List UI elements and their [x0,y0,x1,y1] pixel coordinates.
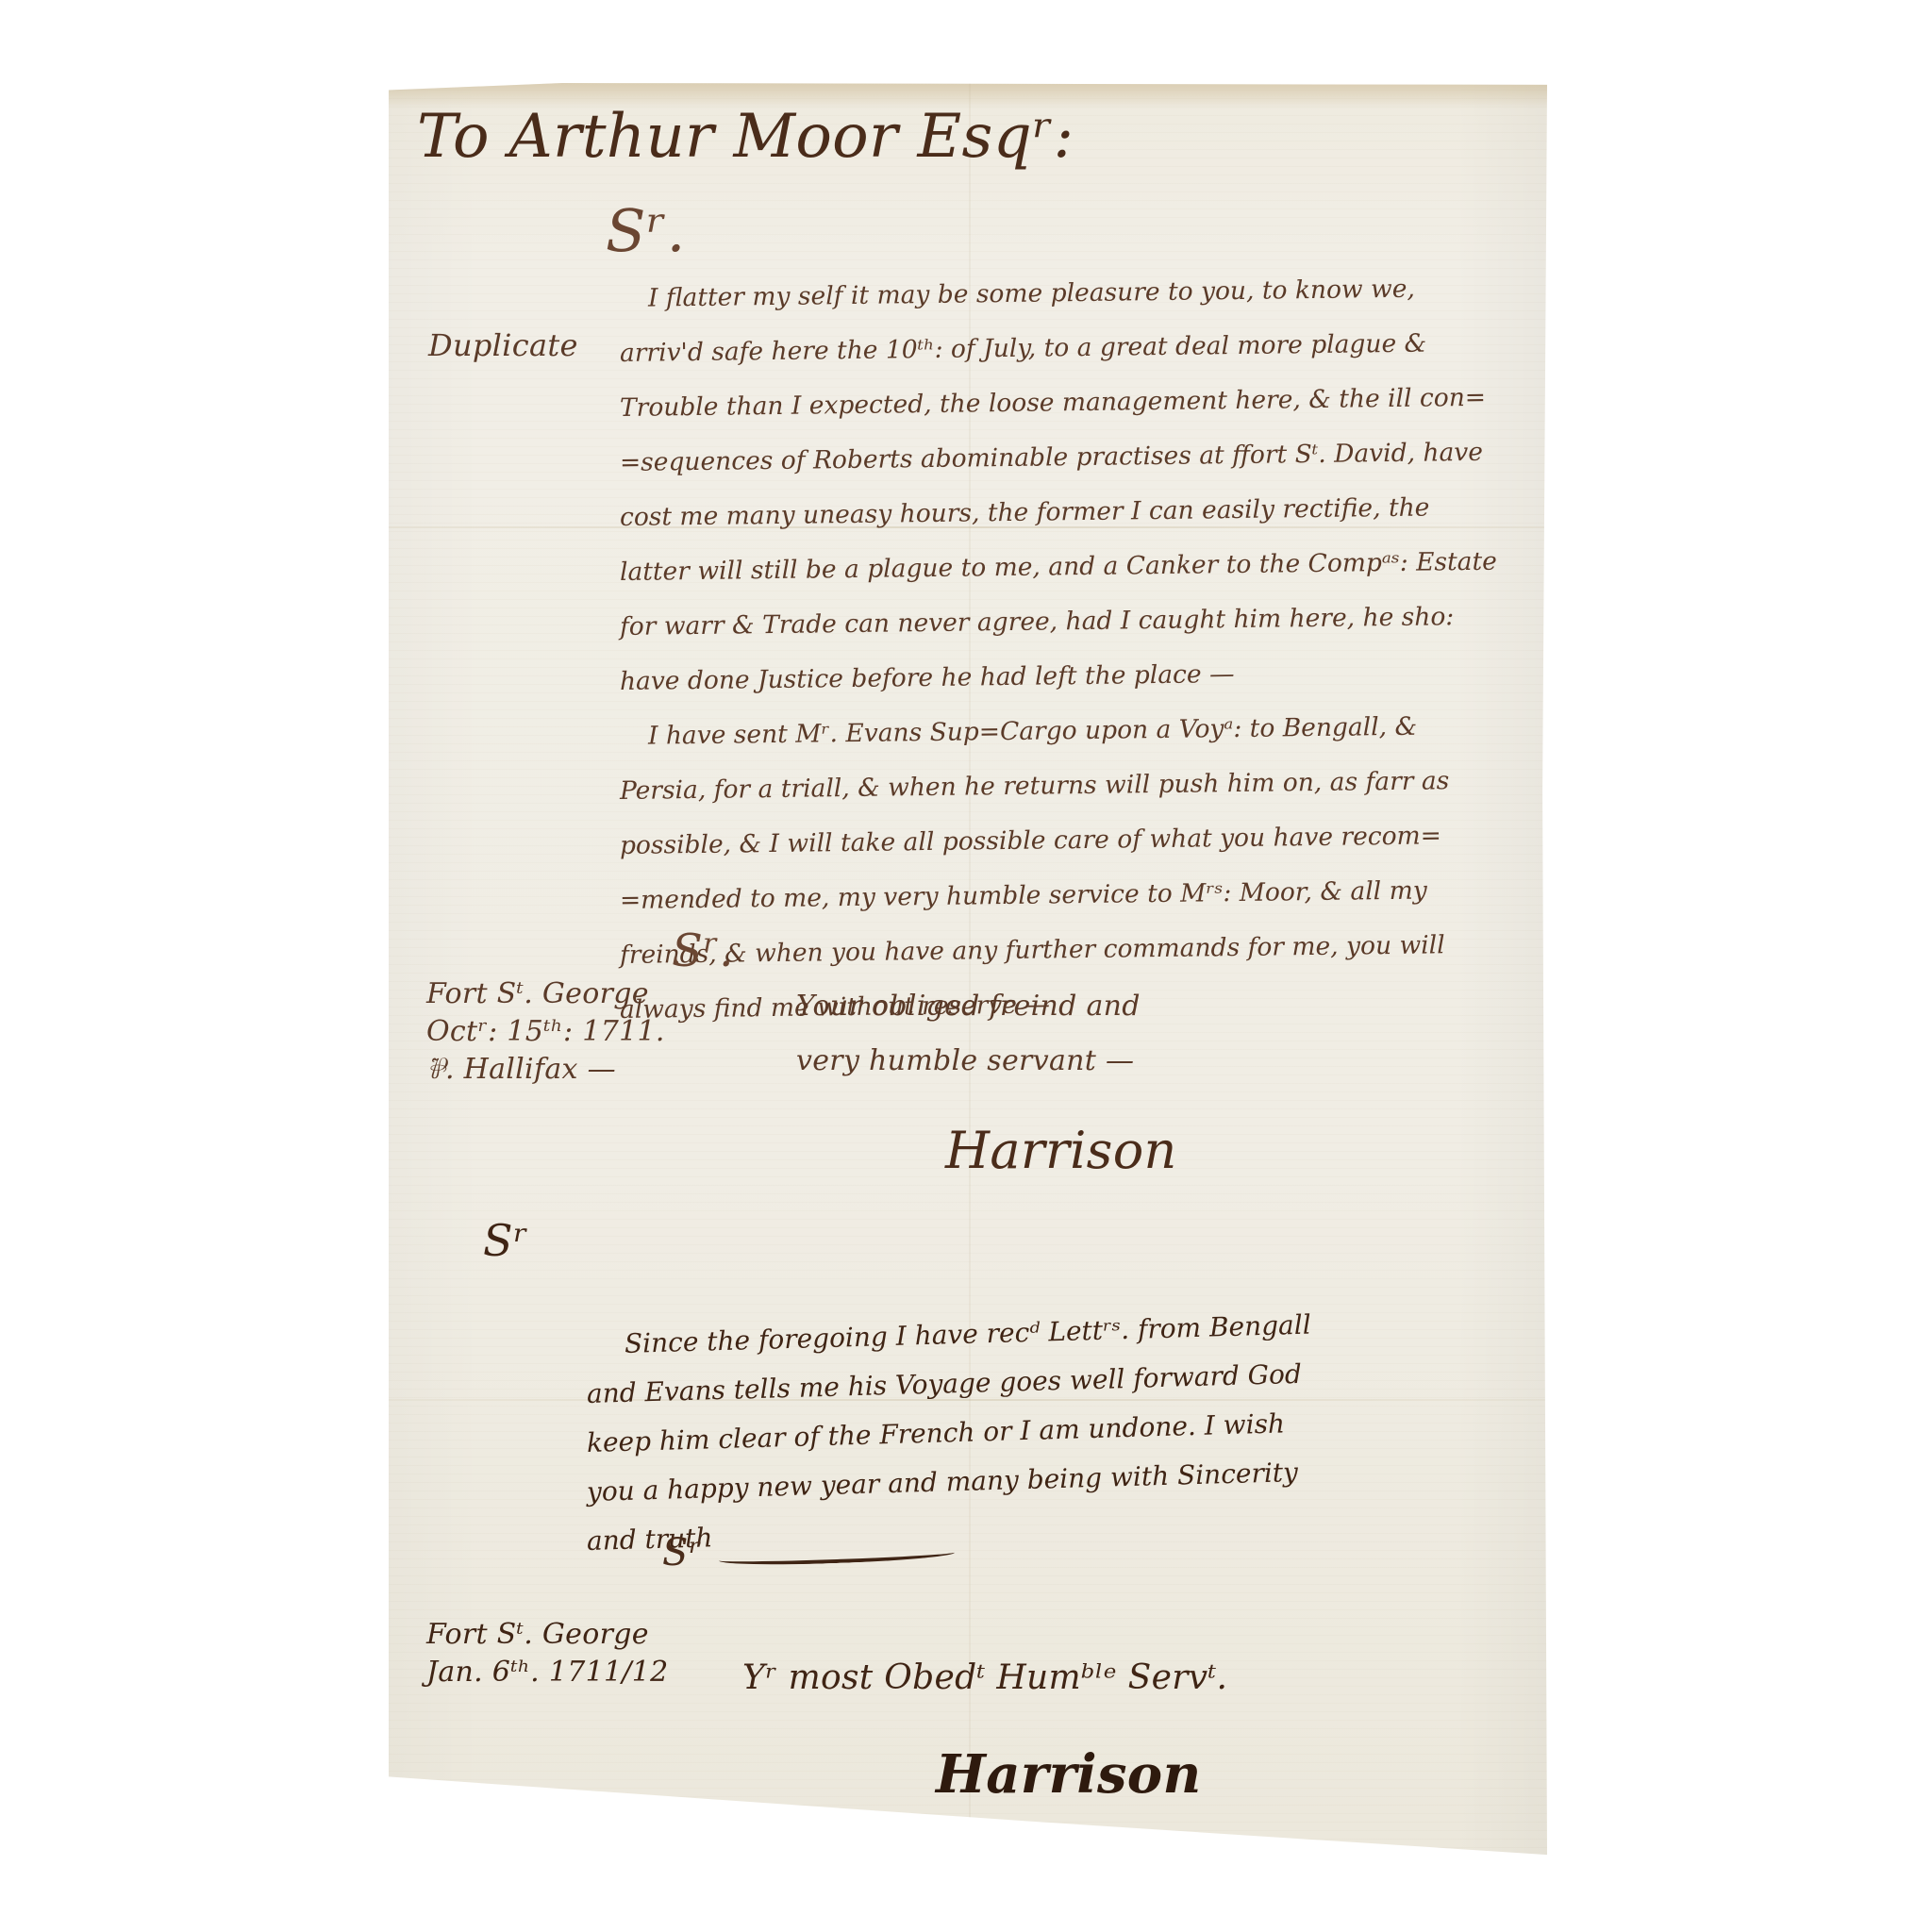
signature: Harrison [945,1121,1177,1180]
ship-line: ⅌. Hallifax — [426,1051,665,1089]
place-date: Fort Sᵗ. George Jan. 6ᵗʰ. 1711/12 [426,1616,669,1691]
letter-address: To Arthur Moor Esqʳ: [417,102,1074,172]
letter-sheet: To Arthur Moor Esqʳ: Sʳ. Duplicate I fla… [389,83,1547,1857]
date-line: Octʳ: 15ᵗʰ: 1711. [426,1013,665,1051]
place-line: Fort Sᵗ. George [426,1616,669,1654]
closing: Yʳ most Obedᵗ Humᵇˡᵉ Servᵗ. [742,1658,1227,1697]
closing: Your obliged freind and very humble serv… [796,979,1141,1089]
closing-line: Your obliged freind and [796,979,1141,1034]
duplicate-note: Duplicate [428,326,578,364]
letter-body: I flatter my self it may be some pleasur… [620,272,1525,1038]
salutation: Sʳ [662,1531,702,1574]
salutation: Sʳ [483,1215,528,1266]
signature: Harrison [936,1743,1201,1806]
postscript: Since the foregoing I have recᵈ Lettʳˢ. … [587,1321,1530,1566]
closing-line: very humble servant — [796,1034,1141,1089]
salutation: Sʳ. [672,924,734,977]
place-date: Fort Sᵗ. George Octʳ: 15ᵗʰ: 1711. ⅌. Hal… [426,975,665,1089]
salutation: Sʳ. [606,196,686,265]
date-line: Jan. 6ᵗʰ. 1711/12 [426,1654,669,1691]
place-line: Fort Sᵗ. George [426,975,665,1013]
